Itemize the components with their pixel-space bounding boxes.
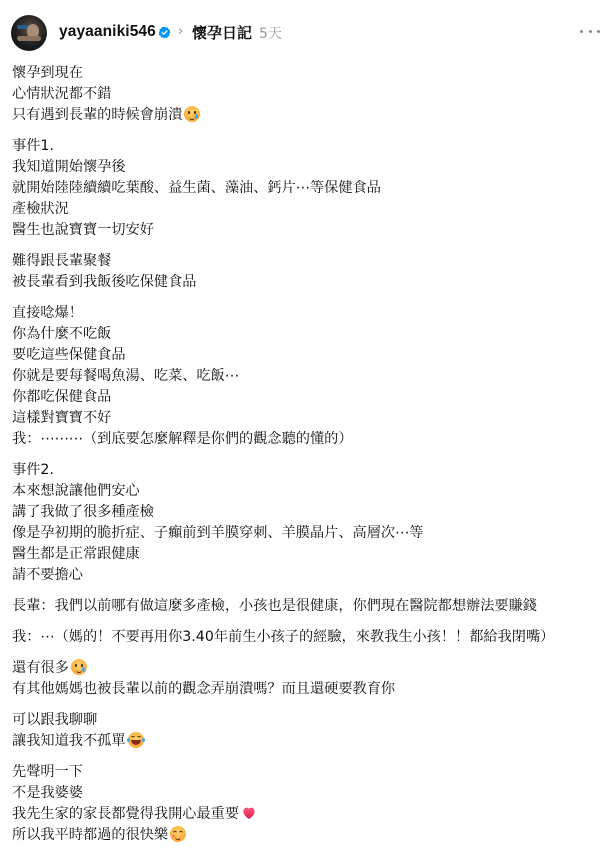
- text-line: 直接唸爆！: [12, 303, 607, 324]
- text-line: 你為什麼不吃飯: [12, 324, 607, 345]
- text-segment: 我先生家的家長都覺得我開心最重要: [12, 806, 239, 822]
- text-line: 本來想說讓他們安心: [12, 481, 607, 502]
- text-line: 講了我做了很多種產檢: [12, 502, 607, 523]
- chevron-right-icon: ›: [178, 24, 183, 39]
- crying-face-icon: [71, 659, 87, 675]
- text-line: 醫生也說寶寶一切安好: [12, 220, 607, 241]
- paragraph: 長輩：我們以前哪有做這麼多產檢，小孩也是很健康，你們現在醫院都想辦法要賺錢: [12, 596, 607, 617]
- text-line: 這樣對寶寶不好: [12, 408, 607, 429]
- text-line: 所以我平時都過的很快樂: [12, 825, 607, 846]
- post-header: yayaaniki546 › 懷孕日記 5天: [0, 0, 611, 64]
- text-line: 只有遇到長輩的時候會崩潰: [12, 105, 607, 126]
- avatar-detail: [17, 36, 41, 41]
- text-line: 就開始陸陸續續吃葉酸、益生菌、藻油、鈣片⋯等保健食品: [12, 178, 607, 199]
- paragraph: 事件2. 本來想說讓他們安心 講了我做了很多種產檢 像是孕初期的脆折症、子癲前到…: [12, 460, 607, 586]
- username-link[interactable]: yayaaniki546: [59, 23, 156, 41]
- text-line: 我：⋯（媽的！不要再用你3.40年前生小孩子的經驗，來教我生小孩！！都給我閉嘴）: [12, 627, 607, 648]
- paragraph: 先聲明一下 不是我婆婆 我先生家的家長都覺得我開心最重要 所以我平時都過的很快樂: [12, 762, 607, 846]
- text-line: 我先生家的家長都覺得我開心最重要: [12, 804, 607, 825]
- text-line: 醫生都是正常跟健康: [12, 544, 607, 565]
- smiling-face-icon: [170, 826, 186, 842]
- more-options-button[interactable]: [580, 24, 600, 38]
- text-line: 長輩：我們以前哪有做這麼多產檢，小孩也是很健康，你們現在醫院都想辦法要賺錢: [12, 596, 607, 617]
- paragraph: 還有很多 有其他媽媽也被長輩以前的觀念弄崩潰嗎？而且還硬要教育你: [12, 658, 607, 700]
- text-line: 不是我婆婆: [12, 783, 607, 804]
- paragraph: 懷孕到現在 心情狀況都不錯 只有遇到長輩的時候會崩潰: [12, 63, 607, 126]
- dot-icon: [589, 30, 592, 33]
- paragraph: 可以跟我聊聊 讓我知道我不孤單: [12, 710, 607, 752]
- text-line: 事件2.: [12, 460, 607, 481]
- dot-icon: [580, 30, 583, 33]
- text-segment: 還有很多: [12, 660, 69, 676]
- text-segment: 只有遇到長輩的時候會崩潰: [12, 107, 182, 123]
- text-line: 要吃這些保健食品: [12, 345, 607, 366]
- text-line: 像是孕初期的脆折症、子癲前到羊膜穿刺、羊膜晶片、高層次⋯等: [12, 523, 607, 544]
- text-line: 你就是要每餐喝魚湯、吃菜、吃飯⋯: [12, 366, 607, 387]
- text-line: 可以跟我聊聊: [12, 710, 607, 731]
- text-line: 心情狀況都不錯: [12, 84, 607, 105]
- dot-icon: [597, 30, 600, 33]
- text-line: 你都吃保健食品: [12, 387, 607, 408]
- paragraph: 我：⋯（媽的！不要再用你3.40年前生小孩子的經驗，來教我生小孩！！都給我閉嘴）: [12, 627, 607, 648]
- paragraph: 直接唸爆！ 你為什麼不吃飯 要吃這些保健食品 你就是要每餐喝魚湯、吃菜、吃飯⋯ …: [12, 303, 607, 450]
- laughing-tears-icon: [128, 732, 144, 748]
- post-timestamp[interactable]: 5天: [259, 23, 282, 43]
- text-line: 懷孕到現在: [12, 63, 607, 84]
- text-line: 有其他媽媽也被長輩以前的觀念弄崩潰嗎？而且還硬要教育你: [12, 679, 607, 700]
- text-line: 我：⋯⋯⋯（到底要怎麼解釋是你們的觀念聽的懂的）: [12, 429, 607, 450]
- text-segment: 讓我知道我不孤單: [12, 733, 126, 749]
- text-line: 產檢狀況: [12, 199, 607, 220]
- crying-face-icon: [184, 106, 200, 122]
- paragraph: 難得跟長輩聚餐 被長輩看到我飯後吃保健食品: [12, 251, 607, 293]
- text-line: 事件1.: [12, 136, 607, 157]
- text-line: 難得跟長輩聚餐: [12, 251, 607, 272]
- text-line: 我知道開始懷孕後: [12, 157, 607, 178]
- text-line: 被長輩看到我飯後吃保健食品: [12, 272, 607, 293]
- post-body: 懷孕到現在 心情狀況都不錯 只有遇到長輩的時候會崩潰 事件1. 我知道開始懷孕後…: [12, 63, 607, 850]
- heart-icon: [241, 805, 257, 821]
- paragraph: 事件1. 我知道開始懷孕後 就開始陸陸續續吃葉酸、益生菌、藻油、鈣片⋯等保健食品…: [12, 136, 607, 241]
- avatar[interactable]: [11, 15, 47, 51]
- topic-tag-link[interactable]: 懷孕日記: [192, 22, 252, 43]
- text-segment: 所以我平時都過的很快樂: [12, 827, 168, 843]
- text-line: 讓我知道我不孤單: [12, 731, 607, 752]
- text-line: 還有很多: [12, 658, 607, 679]
- verified-badge-icon: [158, 26, 171, 39]
- text-line: 先聲明一下: [12, 762, 607, 783]
- text-line: 請不要擔心: [12, 565, 607, 586]
